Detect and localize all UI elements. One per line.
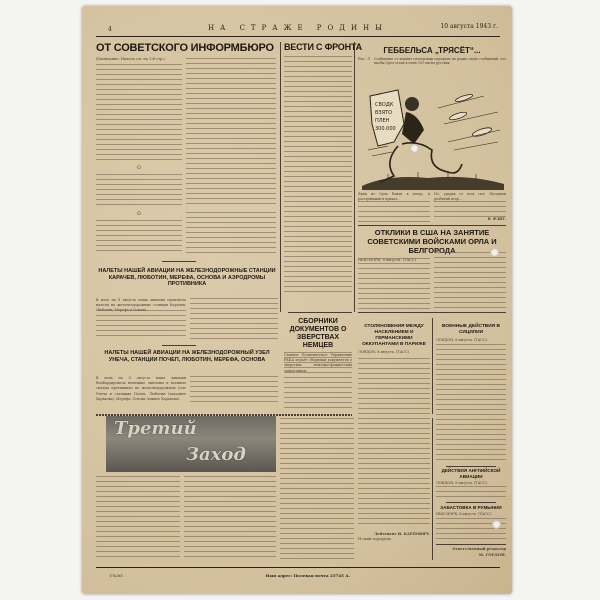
section-rule (288, 312, 352, 313)
raid-1-text-col2 (190, 298, 278, 340)
editor-name: М. ГОРДОН. (436, 552, 506, 557)
section-rule (162, 261, 196, 262)
sicily-dateline: ЛОНДОН, 8 августа. (ТАСС). (436, 338, 506, 343)
headline-sovinformburo: ОТ СОВЕТСКОГО ИНФОРМБЮРО (96, 42, 278, 54)
poem-left-text (358, 201, 430, 223)
section-rule (446, 466, 496, 467)
goebbels-cartoon-illustration: СВОДК ВЗЯТО ПЛЕН 300.000 (358, 84, 506, 190)
headline-paris-clashes: СТОЛКНОВЕНИЯ МЕЖДУ НАСЕЛЕНИЕМ И ГЕРМАНСК… (358, 324, 430, 348)
sovinformburo-text-col1 (96, 64, 182, 160)
headline-goebbels: ГЕББЕЛЬСА „ТРЯСЁТ“... (358, 46, 506, 55)
article-romania: ЗАБАСТОВКА В РУМЫНИИ НЬЮ-ЙОРК, 8 августа… (436, 505, 506, 517)
sovinformburo-text-col2b (186, 212, 276, 254)
article-vesti-s-fronta: ВЕСТИ С ФРОНТА (284, 42, 352, 52)
punch-hole (492, 520, 501, 529)
svg-text:300.000: 300.000 (375, 126, 396, 132)
article-paris-clashes: СТОЛКНОВЕНИЯ МЕЖДУ НАСЕЛЕНИЕМ И ГЕРМАНСК… (358, 324, 430, 355)
section-rule (358, 225, 506, 226)
column-rule (354, 42, 355, 312)
column-rule (432, 418, 433, 560)
third-run-signature-block: Лейтенант И. КАРПОВИЧ. Н-ский аэродром. (358, 532, 430, 542)
sovinformburo-text-col1b (96, 174, 182, 208)
sicily-text (436, 344, 506, 462)
raid-1-text-col1 (96, 310, 186, 340)
article-raid-2: НАЛЕТЫ НАШЕЙ АВИАЦИИ НА ЖЕЛЕЗНОДОРОЖНЫЙ … (96, 350, 278, 363)
poem-right-lead: Но, ударив со всех сил, Посадили разбиты… (434, 192, 506, 201)
column-rule (280, 42, 281, 312)
section-rule (162, 345, 196, 346)
article-english-aviation: ДЕЙСТВИЯ АНГЛИЙСКОЙ АВИАЦИИ ЛОНДОН, 8 ав… (436, 468, 506, 486)
third-run-banner: Третий Заход (106, 416, 276, 472)
english-aviation-text (436, 486, 506, 498)
cartoon-poem: Фриц из Орла бежит в позор, А растерявши… (358, 192, 506, 223)
usa-reaction-text-col1 (358, 258, 430, 310)
poem-left-lead: Фриц из Орла бежит в позор, А растерявши… (358, 192, 430, 201)
romania-dateline: НЬЮ-ЙОРК, 8 августа. (ТАСС). (436, 512, 506, 517)
third-run-text-col2 (184, 476, 276, 560)
article-sicily: ВОЕННЫЕ ДЕЙСТВИЯ В СИЦИЛИИ ЛОНДОН, 8 авг… (436, 324, 506, 343)
headline-usa-reaction: ОТКЛИКИ В США НА ЗАНЯТИЕ СОВЕТСКИМИ ВОЙС… (358, 228, 506, 255)
vesti-s-fronta-text (284, 56, 352, 292)
headline-romania: ЗАБАСТОВКА В РУМЫНИИ (436, 505, 506, 511)
paris-dateline: ЛОНДОН, 8 августа. (ТАСС). (358, 350, 430, 355)
poem-right-text (434, 201, 506, 217)
masthead: 4 НА СТРАЖЕ РОДИНЫ 10 августа 1943 г. (96, 22, 500, 37)
cartoon-credit: Рис. ЛЕО. (358, 57, 370, 66)
sovinformburo-text-col1c (96, 220, 182, 254)
svg-text:СВОДК: СВОДК (375, 102, 394, 108)
third-run-text-col1 (96, 476, 180, 560)
third-run-text-col4 (358, 418, 430, 528)
punch-hole (410, 144, 419, 153)
article-goebbels-cartoon: ГЕББЕЛЬСА „ТРЯСЁТ“... Рис. ЛЕО. Сообщени… (358, 46, 506, 66)
poem-author: В. ФЛИТ. (434, 217, 506, 222)
svg-text:ВЗЯТО: ВЗЯТО (375, 110, 392, 116)
usa-reaction-text-col2 (434, 252, 506, 310)
article-raid-1: НАЛЕТЫ НАШЕЙ АВИАЦИИ НА ЖЕЛЕЗНОДОРОЖНЫЕ … (96, 268, 278, 288)
banner-title-2: Заход (186, 444, 246, 465)
issue-date: 10 августа 1943 г. (440, 23, 498, 30)
section-rule (446, 502, 496, 503)
section-rule (436, 544, 506, 545)
headline-raid-2: НАЛЕТЫ НАШЕЙ АВИАЦИИ НА ЖЕЛЕЗНОДОРОЖНЫЙ … (96, 350, 278, 363)
punch-hole (490, 248, 499, 257)
newspaper-title: НА СТРАЖЕ РОДИНЫ (96, 24, 500, 32)
svg-text:ПЛЕН: ПЛЕН (375, 118, 390, 124)
raid-2-text-col2 (190, 376, 278, 406)
third-run-location: Н-ский аэродром. (358, 537, 430, 542)
third-run-text-col3 (280, 418, 354, 560)
headline-sicily: ВОЕННЫЕ ДЕЙСТВИЯ В СИЦИЛИИ (436, 324, 506, 336)
footer-address: Наш адрес: Полевая почта 25745 А. (266, 573, 350, 578)
documents-text (284, 352, 352, 412)
headline-raid-1: НАЛЕТЫ НАШЕЙ АВИАЦИИ НА ЖЕЛЕЗНОДОРОЖНЫЕ … (96, 268, 278, 288)
paris-text (358, 358, 430, 414)
editor-block: Ответственный редактор М. ГОРДОН. (436, 547, 506, 557)
separator-star: ✩ (96, 210, 182, 217)
headline-english-aviation: ДЕЙСТВИЯ АНГЛИЙСКОЙ АВИАЦИИ (436, 468, 506, 479)
footer-code: Г0205 (110, 573, 123, 578)
section-rule (358, 312, 506, 313)
page-footer: Г0205 Наш адрес: Полевая почта 25745 А. (96, 567, 500, 568)
newspaper-page: 4 НА СТРАЖЕ РОДИНЫ 10 августа 1943 г. ОТ… (82, 6, 512, 594)
headline-documents: СБОРНИКИ ДОКУМЕНТОВ О ЗВЕРСТВАХ НЕМЦЕВ (284, 318, 352, 350)
separator-star: ✩ (96, 164, 182, 171)
banner-title-1: Третий (114, 418, 197, 439)
headline-vesti-s-fronta: ВЕСТИ С ФРОНТА (284, 42, 352, 52)
sovinformburo-text-col2 (186, 58, 276, 208)
column-rule (432, 318, 433, 414)
cartoon-caption: Сообщение от вершит гитлеровцы передали … (374, 57, 506, 66)
raid-2-lead: В ночь на 9 августа наша авиация бомбард… (96, 376, 186, 406)
